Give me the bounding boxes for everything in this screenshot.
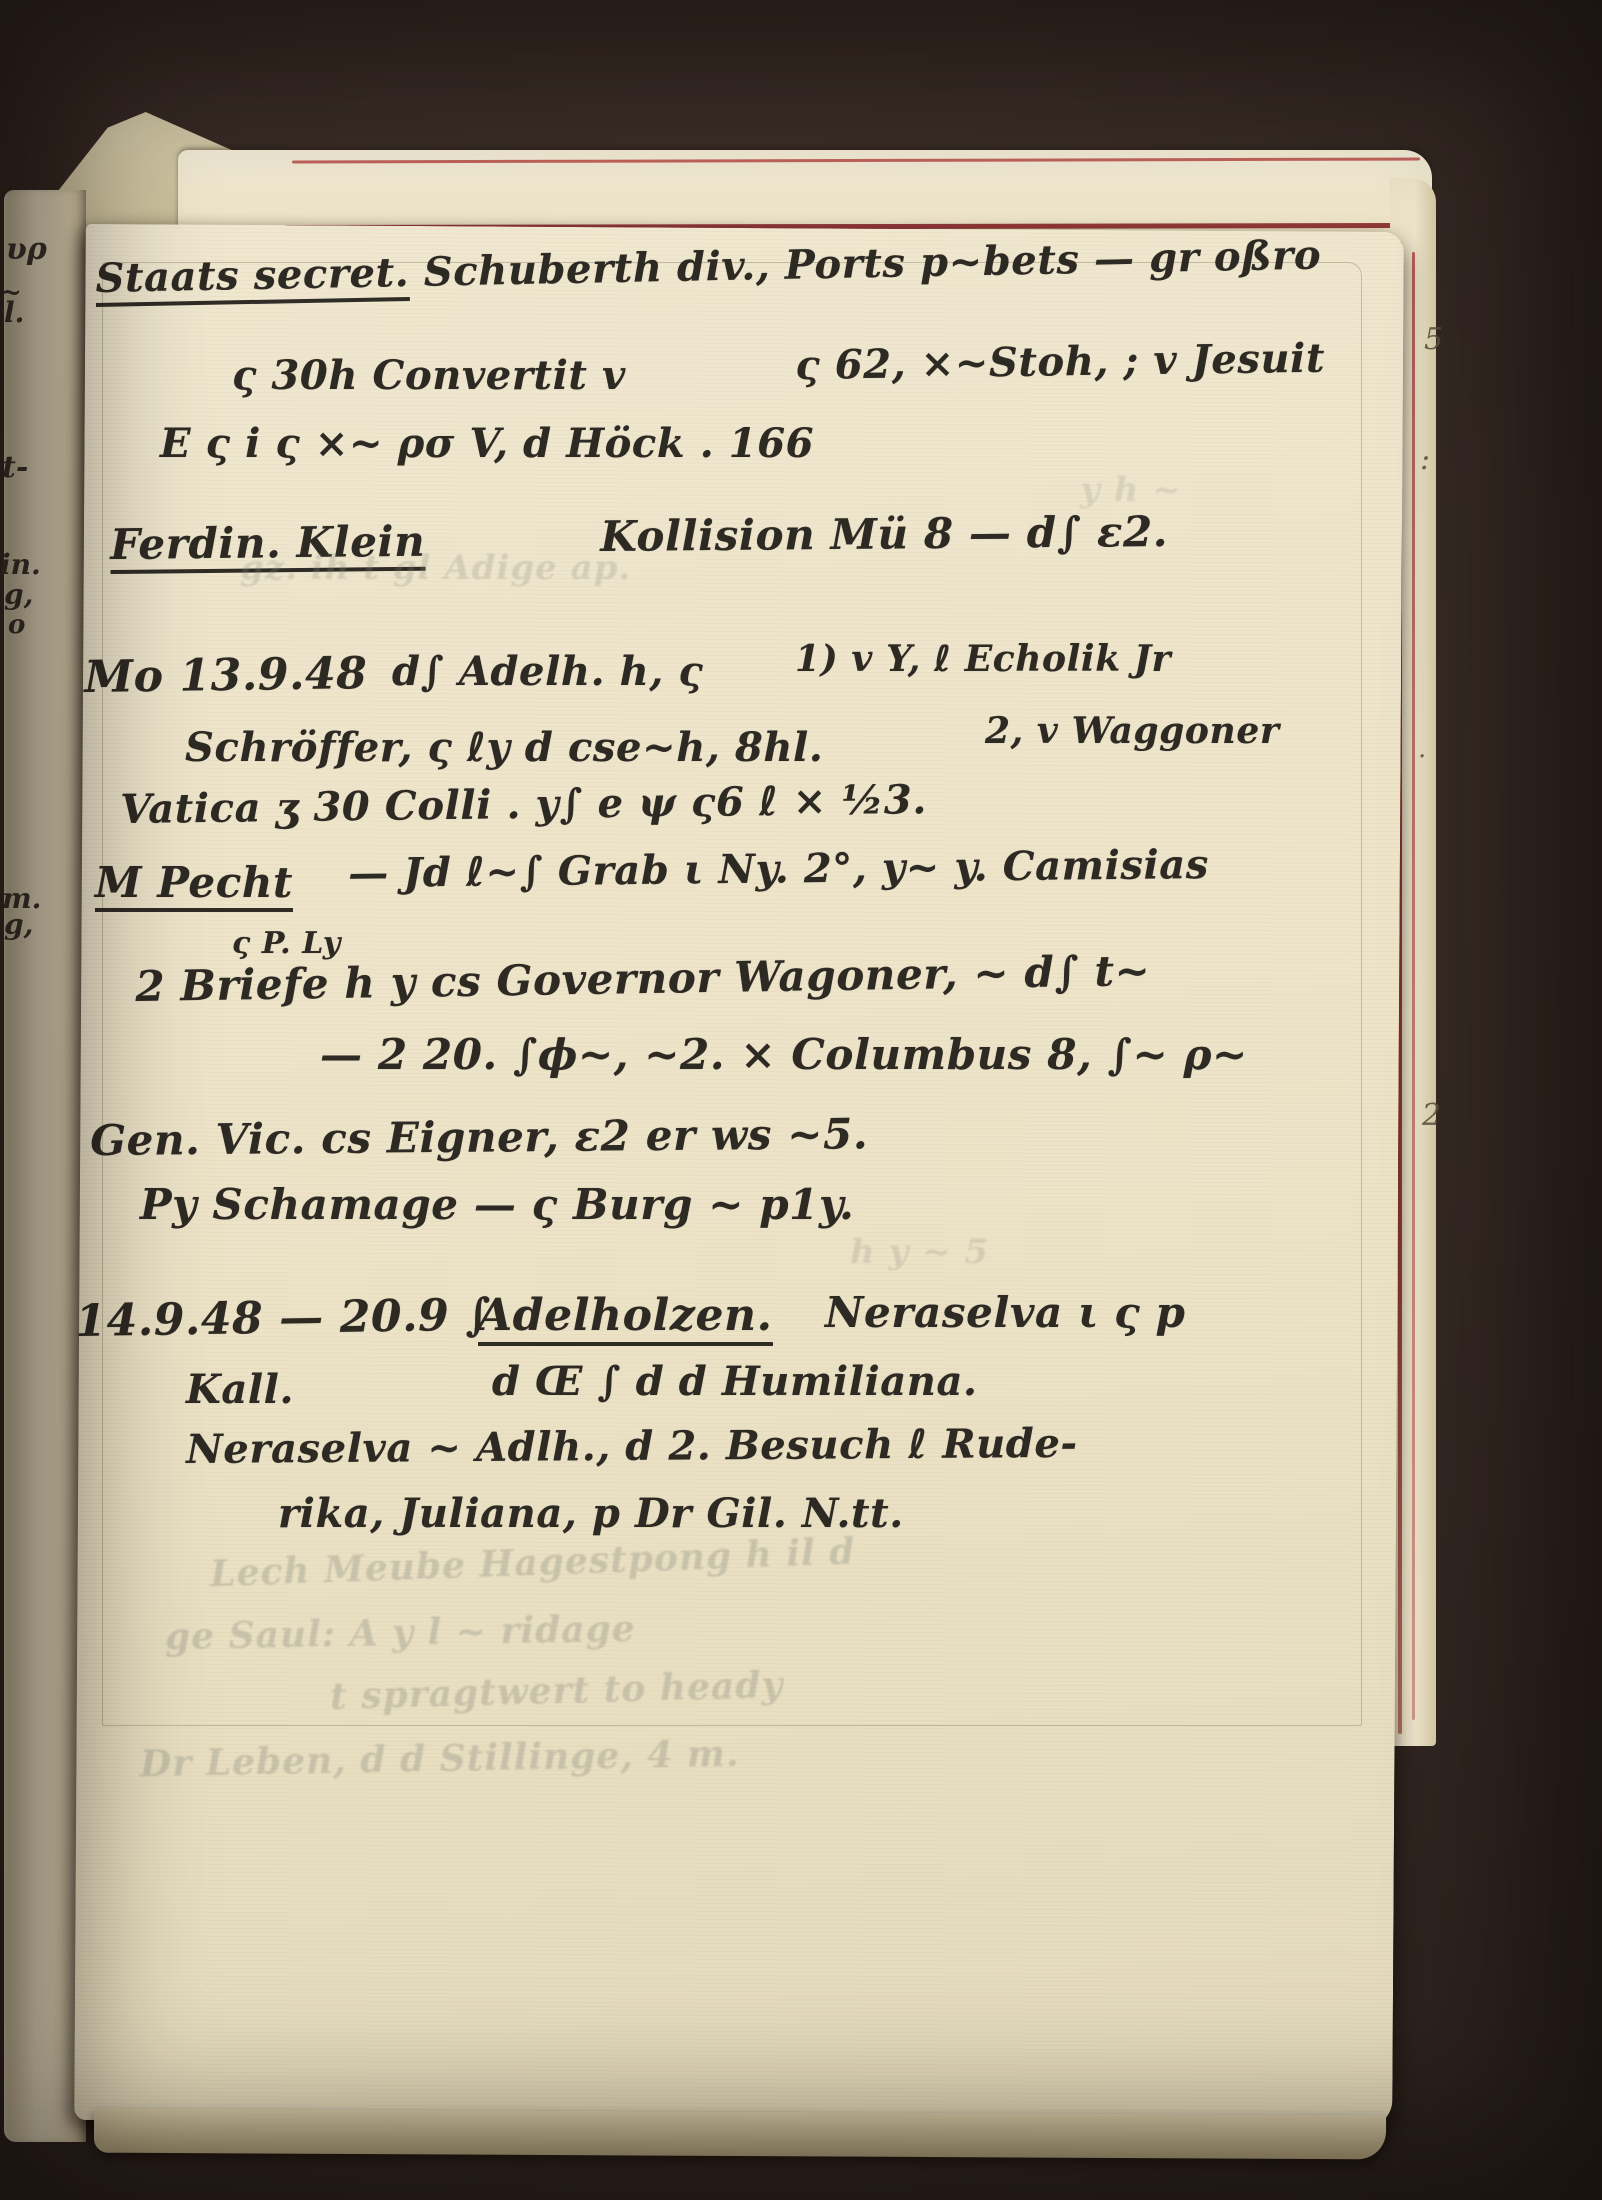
- handwriting-interline-note: ς P. Ly: [232, 926, 341, 961]
- bleedthrough-text: y h ~: [1080, 470, 1182, 510]
- handwriting-line-2b: ς 62, ×~Stoh, ; v Jesuit: [795, 335, 1325, 389]
- handwriting-date-13-9-48: Mo 13.9.48: [84, 648, 368, 703]
- page-bottom-edge: [94, 2109, 1386, 2160]
- handwriting-line-2a: ς 30h Convertit v: [232, 352, 626, 399]
- handwriting-line-14b: d Œ ∫ d d Humiliana.: [492, 1358, 978, 1405]
- handwriting-line-5b: d∫ Adelh. h, ς: [392, 648, 703, 695]
- handwriting-line-6a: Schröffer, ς ℓy d cse~h, 8hl.: [185, 724, 823, 771]
- bleedthrough-text: ge Saul: A y l ~ ridage: [165, 1608, 636, 1658]
- handwriting-date-14-9-48: 14.9.48 — 20.9 ∫: [75, 1289, 492, 1347]
- margin-mark: 2: [1422, 1098, 1441, 1133]
- handwriting-line-5c: 1) v Y, ℓ Echolik Jr: [795, 638, 1171, 680]
- handwriting-line-14a: Kall.: [186, 1366, 294, 1413]
- margin-mark: 5: [1424, 322, 1443, 357]
- diary-photo: Staats secret. Schuberth div., Ports p~b…: [0, 0, 1602, 2200]
- handwriting-line-10: — 2 20. ∫ϕ~, ~2. × Columbus 8, ∫~ ρ~: [320, 1030, 1248, 1079]
- red-edge-line: [1412, 252, 1415, 1720]
- edge-writing-fragment: g,: [4, 908, 33, 941]
- edge-writing-fragment: o: [8, 610, 25, 640]
- notebook-page: [74, 224, 1404, 2128]
- edge-writing-fragment: υρ: [6, 232, 47, 267]
- edge-writing-fragment: in.: [0, 548, 41, 581]
- handwriting-line-4-rest: Kollision Mü 8 — d∫ ε2.: [600, 507, 1168, 561]
- handwriting-line-15: Neraselva ~ Adlh., d 2. Besuch ℓ Rude-: [186, 1420, 1078, 1473]
- handwriting-line-16: rika, Juliana, p Dr Gil. N.tt.: [278, 1490, 904, 1537]
- margin-mark: :: [1420, 442, 1430, 477]
- handwriting-line-3: E ς i ς ×~ ρσ V, d Höck . 166: [160, 420, 814, 467]
- handwriting-line-7: Vatica ʒ 30 Colli . y∫ e ψ ς6 ℓ × ½3.: [120, 776, 927, 833]
- handwriting-line-8-rest: — Jd ℓ~∫ Grab ι Ny. 2°, y~ y. Camisias: [348, 841, 1209, 897]
- bleedthrough-text: gz. ih t gl Adige ap.: [240, 548, 631, 588]
- handwriting-adelholzen-underlined: Adelholzen.: [478, 1290, 773, 1346]
- edge-writing-fragment: l.: [4, 296, 24, 329]
- handwriting-line-12: Py Schamage — ς Burg ~ p1y.: [140, 1180, 854, 1229]
- handwriting-line-11: Gen. Vic. cs Eigner, ε2 er ws ~5.: [90, 1109, 868, 1165]
- bleedthrough-text: h y ~ 5: [850, 1232, 989, 1272]
- underlined-heading: Staats secret.: [95, 249, 410, 307]
- handwriting-line-13-rest: Neraselva ι ς p: [825, 1288, 1186, 1337]
- handwriting-line-6b: 2, v Waggoner: [985, 710, 1279, 752]
- margin-mark: ·: [1418, 742, 1426, 772]
- edge-writing-fragment: g,: [4, 578, 33, 611]
- edge-writing-fragment: t-: [2, 450, 28, 485]
- handwriting-line-8-underlined: M Pecht: [95, 858, 293, 912]
